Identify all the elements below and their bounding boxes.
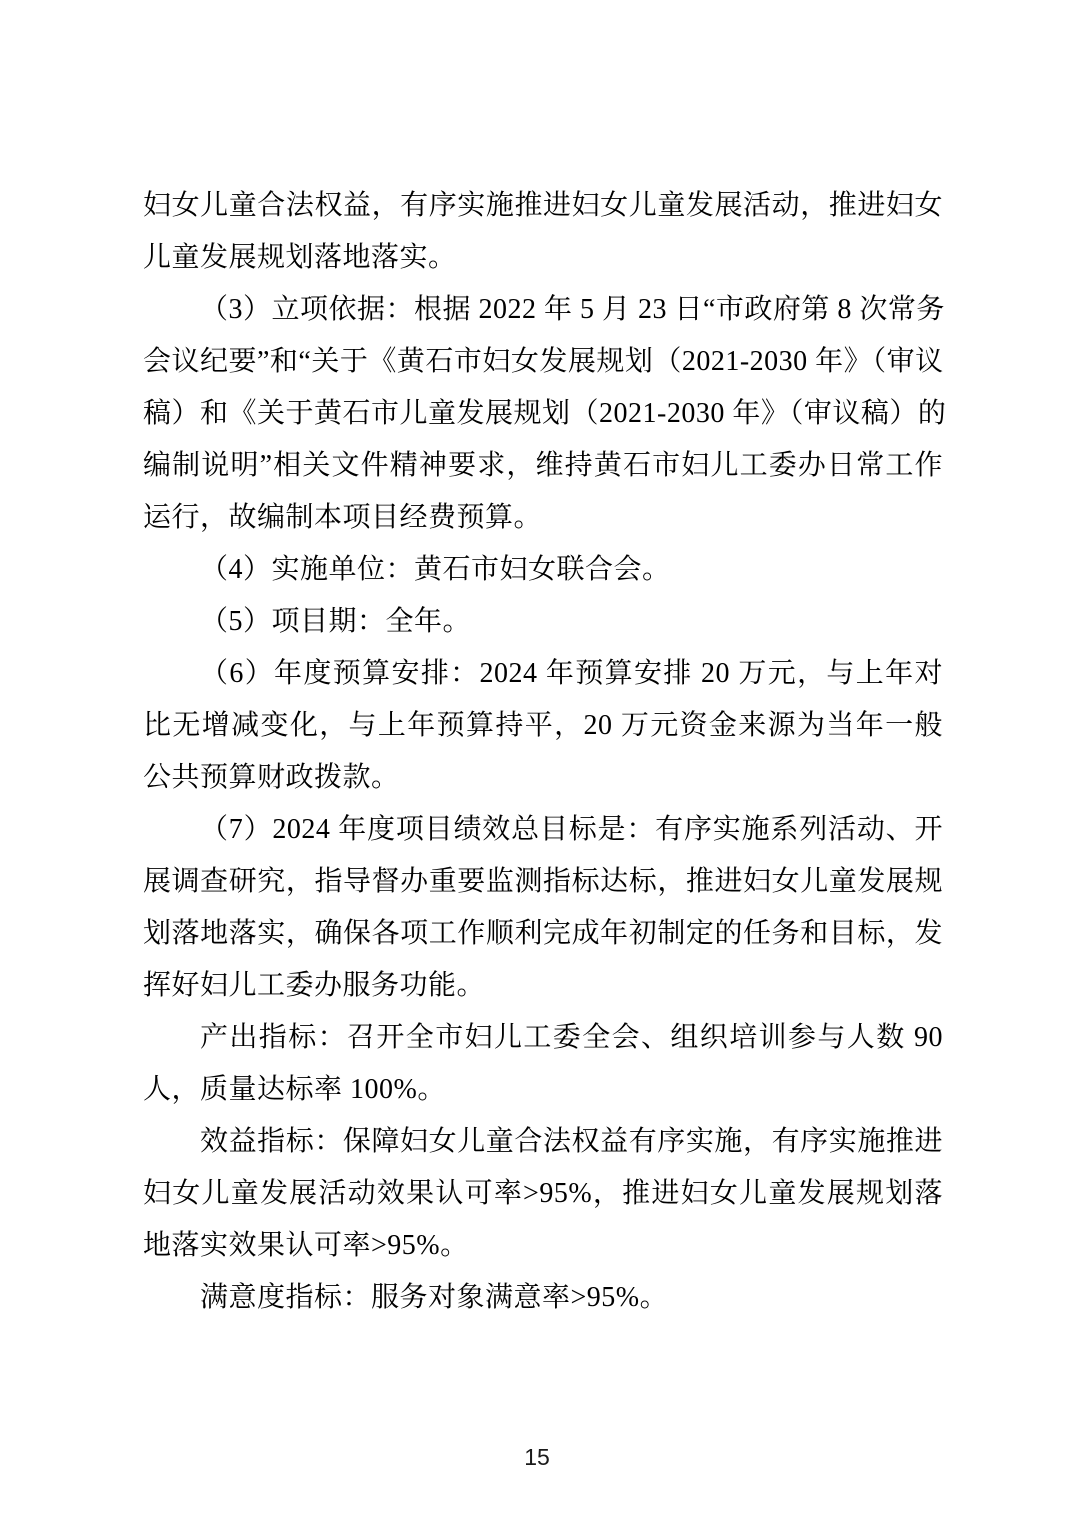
text-line: （3）立项依据：根据 2022 年 5 月 23 日“市政府第 8 次常务 [143, 284, 943, 336]
text-line: 公共预算财政拨款。 [143, 752, 943, 804]
text-line: 稿）和《关于黄石市儿童发展规划（2021-2030 年》（审议稿）的 [143, 388, 943, 440]
text-line: （4）实施单位：黄石市妇女联合会。 [143, 544, 943, 596]
text-line: 挥好妇儿工委办服务功能。 [143, 960, 943, 1012]
text-line: 妇女儿童发展活动效果认可率>95%，推进妇女儿童发展规划落 [143, 1168, 943, 1220]
text-line: 地落实效果认可率>95%。 [143, 1220, 943, 1272]
text-line: 妇女儿童合法权益，有序实施推进妇女儿童发展活动，推进妇女 [143, 180, 943, 232]
text-line: 产出指标：召开全市妇儿工委全会、组织培训参与人数 90 [143, 1012, 943, 1064]
text-line: 会议纪要”和“关于《黄石市妇女发展规划（2021-2030 年》（审议 [143, 336, 943, 388]
text-line: （5）项目期：全年。 [143, 596, 943, 648]
document-body: 妇女儿童合法权益，有序实施推进妇女儿童发展活动，推进妇女儿童发展规划落地落实。（… [143, 180, 943, 1324]
page-number: 15 [0, 1444, 1074, 1471]
text-line: （7）2024 年度项目绩效总目标是：有序实施系列活动、开 [143, 804, 943, 856]
text-line: 儿童发展规划落地落实。 [143, 232, 943, 284]
text-line: 展调查研究，指导督办重要监测指标达标，推进妇女儿童发展规 [143, 856, 943, 908]
text-line: 人，质量达标率 100%。 [143, 1064, 943, 1116]
text-line: 比无增减变化，与上年预算持平，20 万元资金来源为当年一般 [143, 700, 943, 752]
text-line: 运行，故编制本项目经费预算。 [143, 492, 943, 544]
text-line: 划落地落实，确保各项工作顺利完成年初制定的任务和目标，发 [143, 908, 943, 960]
text-line: 编制说明”相关文件精神要求，维持黄石市妇儿工委办日常工作 [143, 440, 943, 492]
document-page: 妇女儿童合法权益，有序实施推进妇女儿童发展活动，推进妇女儿童发展规划落地落实。（… [0, 0, 1074, 1520]
text-line: （6）年度预算安排：2024 年预算安排 20 万元，与上年对 [143, 648, 943, 700]
text-line: 效益指标：保障妇女儿童合法权益有序实施，有序实施推进 [143, 1116, 943, 1168]
text-line: 满意度指标：服务对象满意率>95%。 [143, 1272, 943, 1324]
